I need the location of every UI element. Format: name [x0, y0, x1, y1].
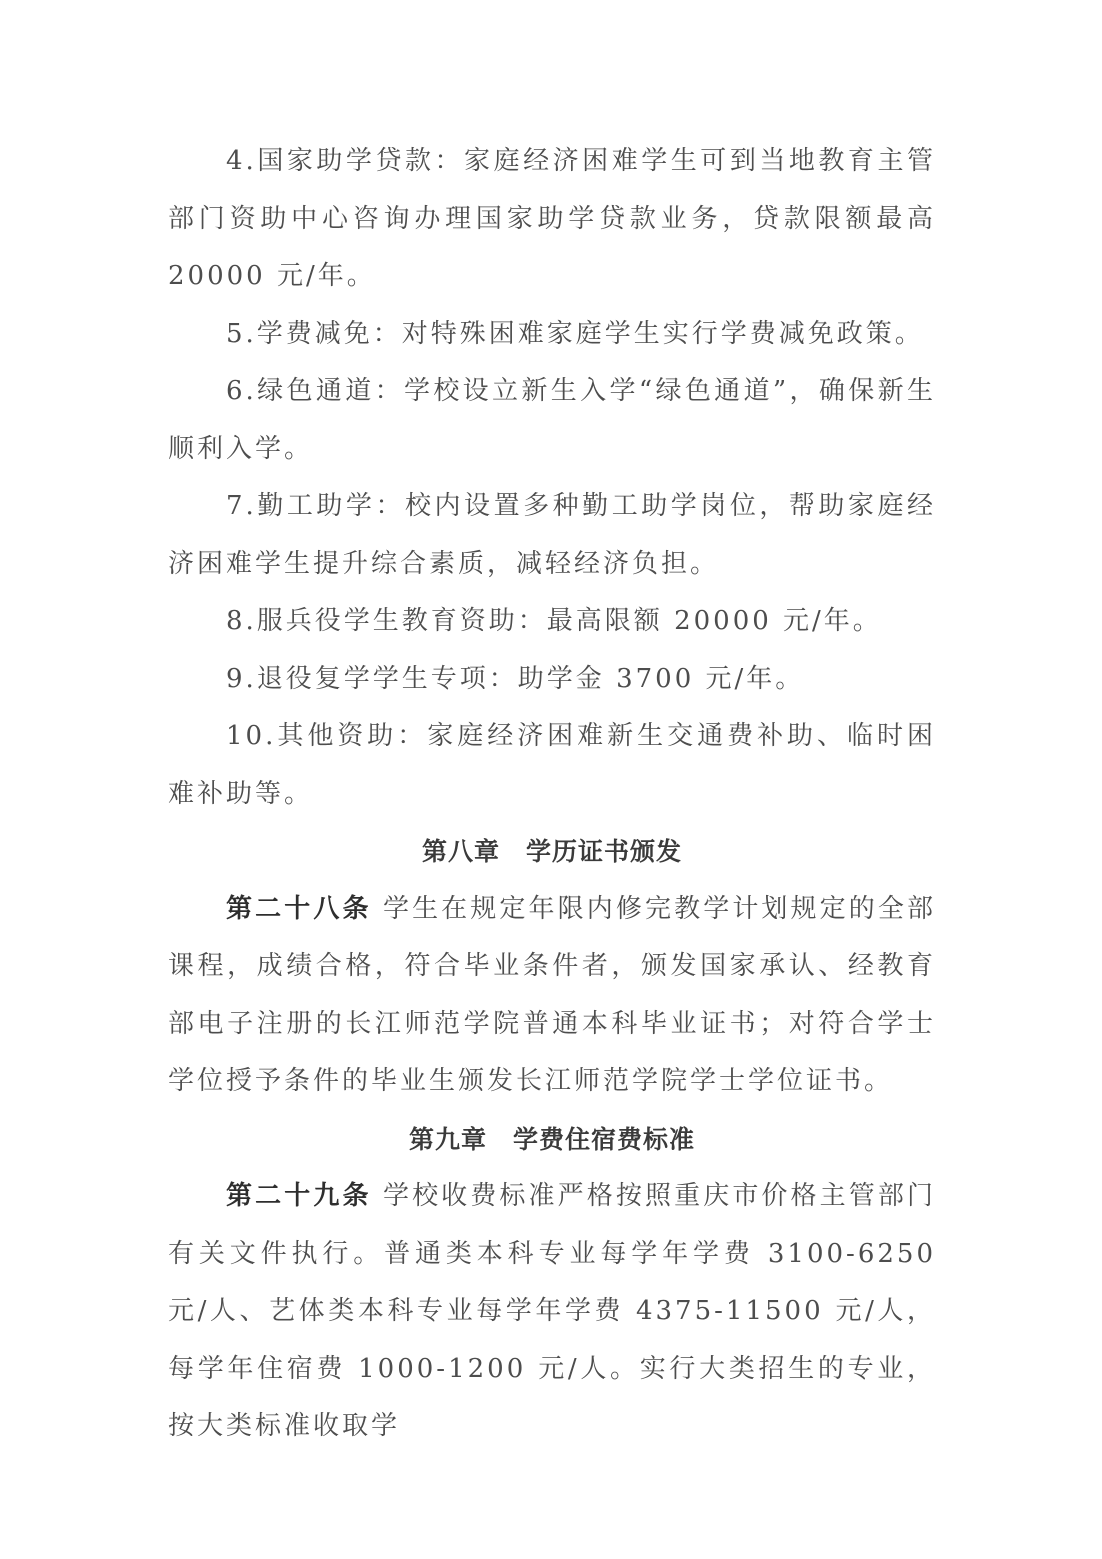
paragraph-item-5: 5.学费减免：对特殊困难家庭学生实行学费减免政策。: [168, 306, 936, 364]
article-28-label: 第二十八条: [226, 894, 372, 924]
chapter-9-heading: 第九章 学费住宿费标准: [168, 1111, 936, 1169]
article-29-label: 第二十九条: [226, 1181, 372, 1211]
paragraph-item-7: 7.勤工助学：校内设置多种勤工助学岗位，帮助家庭经济困难学生提升综合素质，减轻经…: [168, 478, 936, 593]
article-28: 第二十八条 学生在规定年限内修完教学计划规定的全部课程，成绩合格，符合毕业条件者…: [168, 881, 936, 1111]
document-page: 4.国家助学贷款：家庭经济困难学生可到当地教育主管部门资助中心咨询办理国家助学贷…: [168, 133, 936, 1456]
paragraph-item-6: 6.绿色通道：学校设立新生入学“绿色通道”，确保新生顺利入学。: [168, 363, 936, 478]
article-29-text: 学校收费标准严格按照重庆市价格主管部门有关文件执行。普通类本科专业每学年学费 3…: [168, 1181, 936, 1441]
paragraph-item-8: 8.服兵役学生教育资助：最高限额 20000 元/年。: [168, 593, 936, 651]
chapter-8-heading: 第八章 学历证书颁发: [168, 823, 936, 881]
paragraph-item-9: 9.退役复学学生专项：助学金 3700 元/年。: [168, 651, 936, 709]
paragraph-item-4: 4.国家助学贷款：家庭经济困难学生可到当地教育主管部门资助中心咨询办理国家助学贷…: [168, 133, 936, 306]
article-29: 第二十九条 学校收费标准严格按照重庆市价格主管部门有关文件执行。普通类本科专业每…: [168, 1168, 936, 1456]
paragraph-item-10: 10.其他资助：家庭经济困难新生交通费补助、临时困难补助等。: [168, 708, 936, 823]
